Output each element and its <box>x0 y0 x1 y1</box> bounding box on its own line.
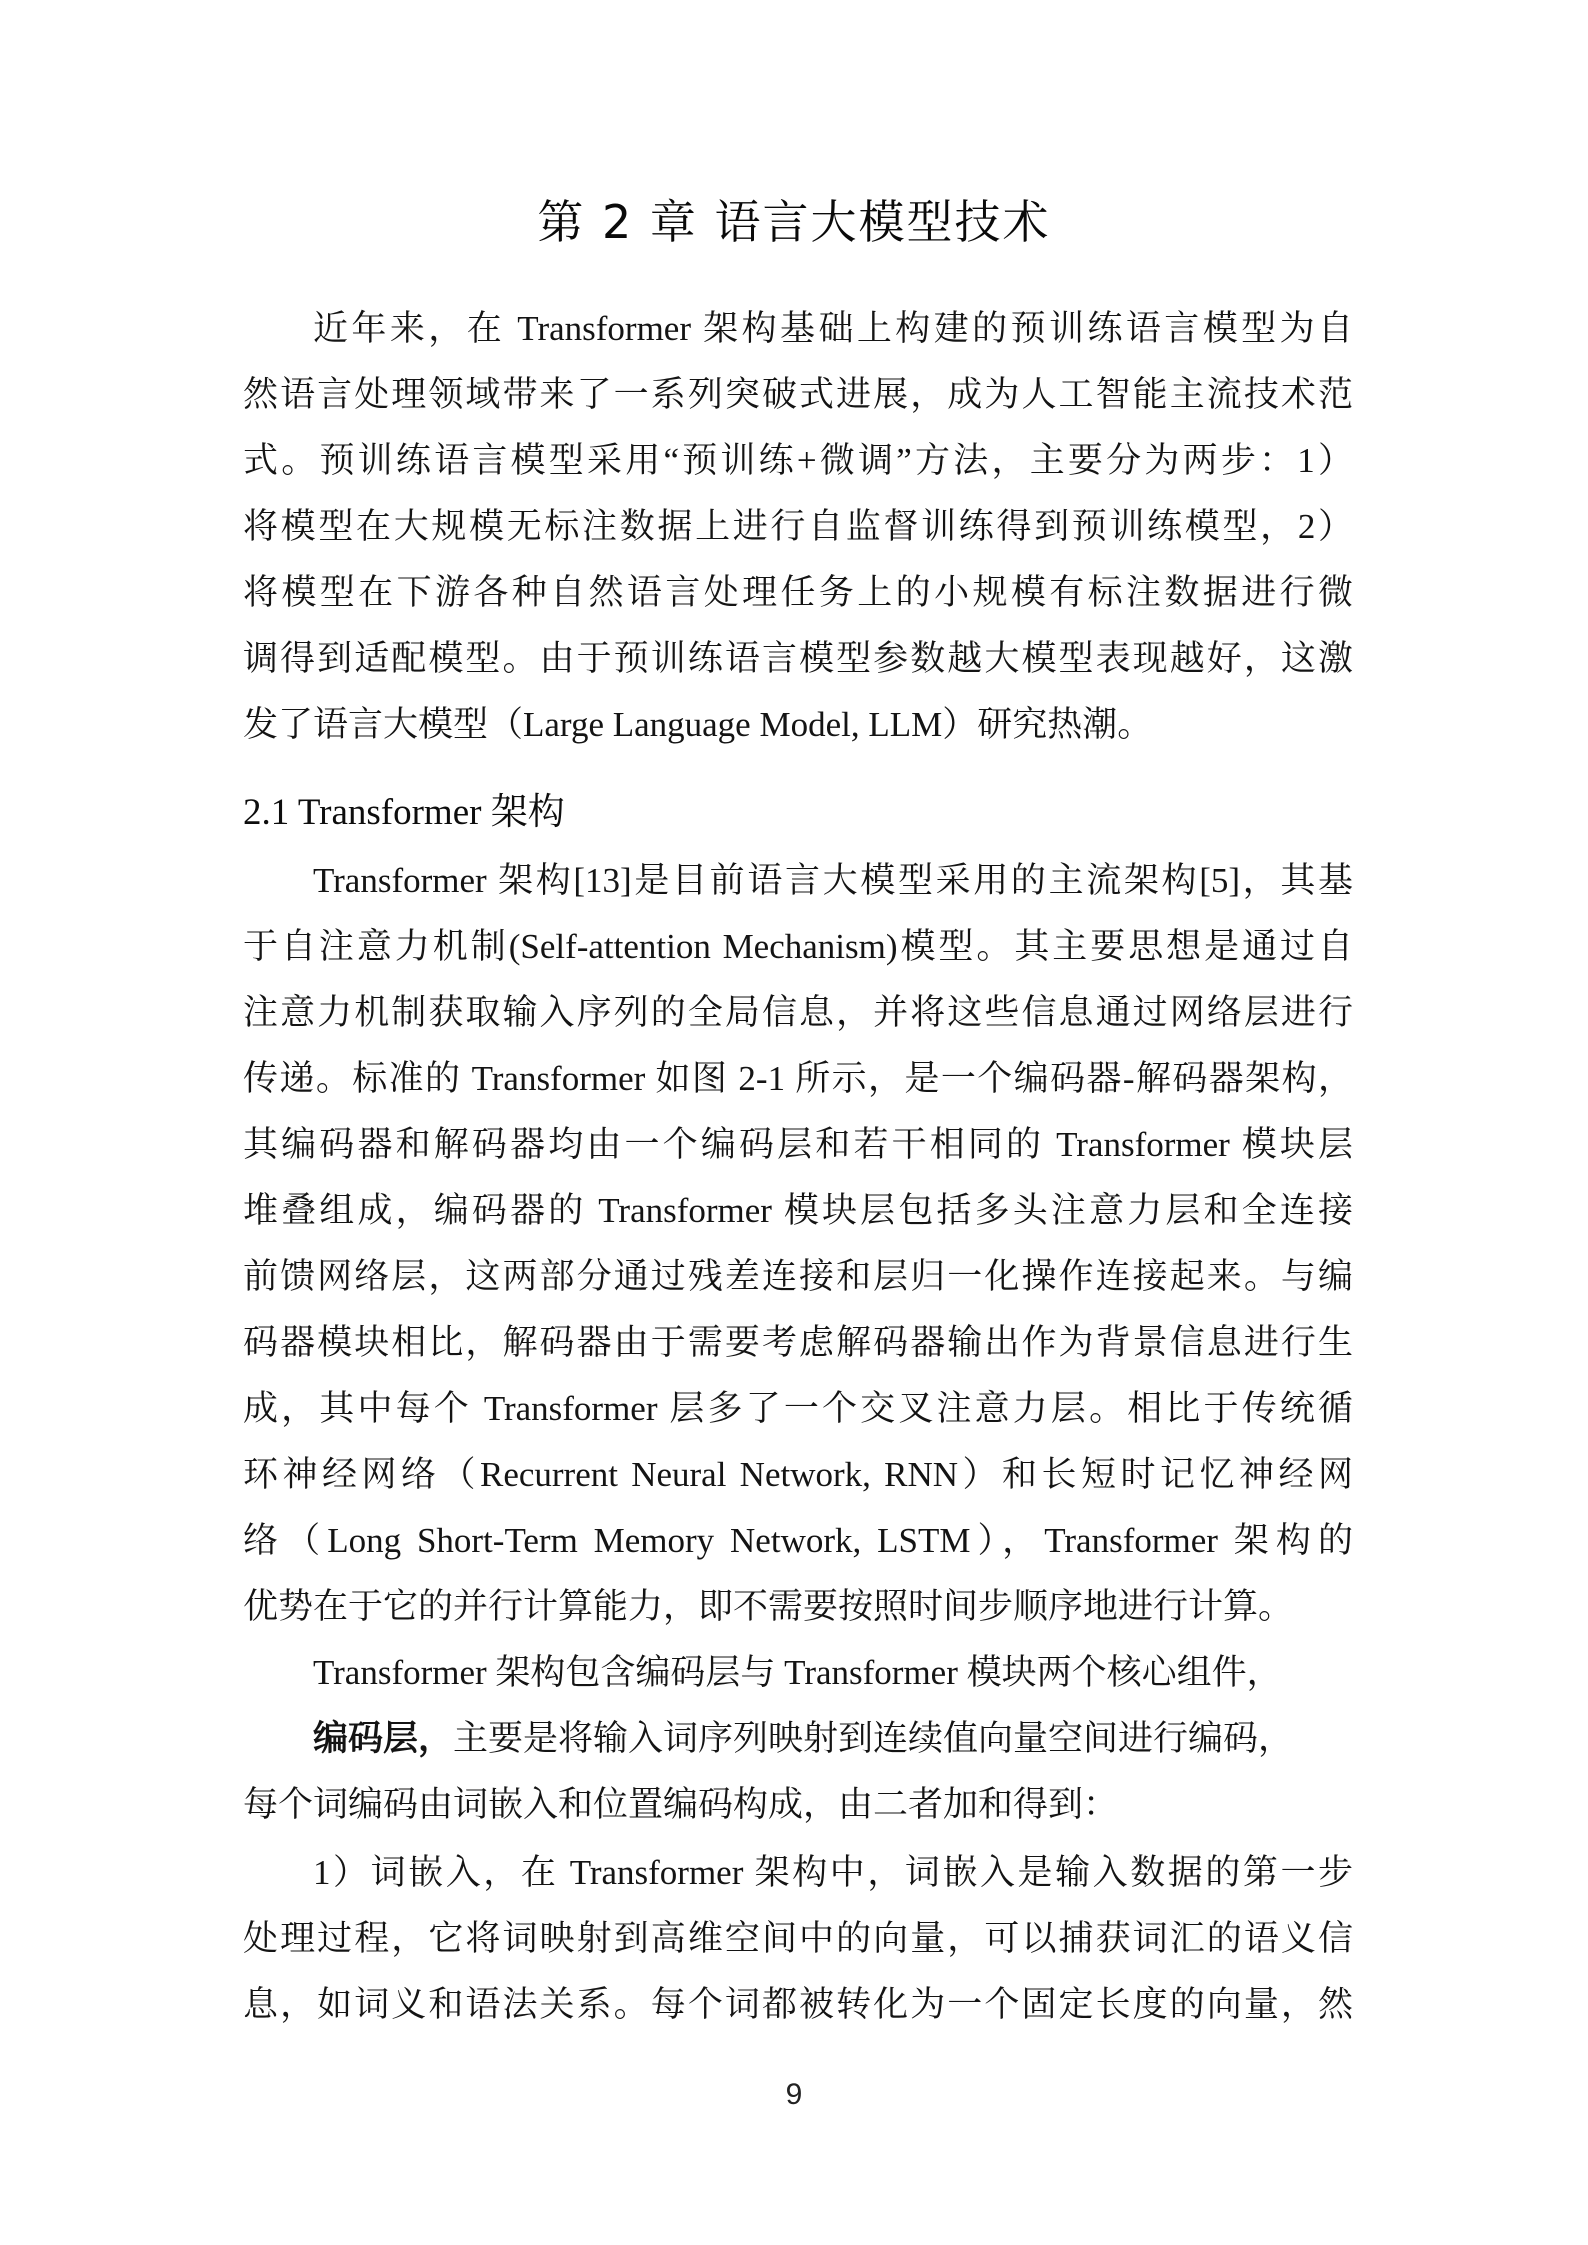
text-line: 将模型在大规模无标注数据上进行自监督训练得到预训练模型，2） <box>243 494 1353 560</box>
text-line: 式。预训练语言模型采用“预训练+微调”方法，主要分为两步：1） <box>243 428 1353 494</box>
text-line: 发了语言大模型（Large Language Model, LLM）研究热潮。 <box>243 692 1353 758</box>
text-line: 络（Long Short-Term Memory Network, LSTM），… <box>243 1508 1353 1574</box>
text-line: 堆叠组成，编码器的 Transformer 模块层包括多头注意力层和全连接 <box>243 1178 1353 1244</box>
text-line: 注意力机制获取输入序列的全局信息，并将这些信息通过网络层进行 <box>243 980 1353 1046</box>
text-line: 编码层，主要是将输入词序列映射到连续值向量空间进行编码， <box>313 1706 1353 1772</box>
text-line: 其编码器和解码器均由一个编码层和若干相同的 Transformer 模块层 <box>243 1112 1353 1178</box>
document-page: 第 2 章 语言大模型技术 近年来，在 Transformer 架构基础上构建的… <box>0 0 1588 2245</box>
text-line: 近年来，在 Transformer 架构基础上构建的预训练语言模型为自 <box>313 296 1353 362</box>
text-line: 成，其中每个 Transformer 层多了一个交叉注意力层。相比于传统循 <box>243 1376 1353 1442</box>
text-line: 将模型在下游各种自然语言处理任务上的小规模有标注数据进行微 <box>243 560 1353 626</box>
text-line: 1）词嵌入，在 Transformer 架构中，词嵌入是输入数据的第一步 <box>313 1840 1353 1906</box>
text-line: 调得到适配模型。由于预训练语言模型参数越大模型表现越好，这激 <box>243 626 1353 692</box>
section-heading: 2.1 Transformer 架构 <box>243 780 565 846</box>
text-line: 码器模块相比，解码器由于需要考虑解码器输出作为背景信息进行生 <box>243 1310 1353 1376</box>
bold-term: 编码层， <box>313 1719 453 1758</box>
page-number: 9 <box>0 2078 1588 2112</box>
text-line: 优势在于它的并行计算能力，即不需要按照时间步顺序地进行计算。 <box>243 1574 1353 1640</box>
text-span: 主要是将输入词序列映射到连续值向量空间进行编码， <box>453 1719 1293 1758</box>
text-line: Transformer 架构包含编码层与 Transformer 模块两个核心组… <box>313 1640 1353 1706</box>
text-line: 息，如词义和语法关系。每个词都被转化为一个固定长度的向量，然 <box>243 1972 1353 2038</box>
text-line: 每个词编码由词嵌入和位置编码构成，由二者加和得到： <box>243 1772 1353 1838</box>
text-line: 传递。标准的 Transformer 如图 2-1 所示，是一个编码器-解码器架… <box>243 1046 1353 1112</box>
text-line: 然语言处理领域带来了一系列突破式进展，成为人工智能主流技术范 <box>243 362 1353 428</box>
text-line: Transformer 架构[13]是目前语言大模型采用的主流架构[5]，其基 <box>313 848 1353 914</box>
text-line: 前馈网络层，这两部分通过残差连接和层归一化操作连接起来。与编 <box>243 1244 1353 1310</box>
text-line: 于自注意力机制(Self-attention Mechanism)模型。其主要思… <box>243 914 1353 980</box>
text-line: 处理过程，它将词映射到高维空间中的向量，可以捕获词汇的语义信 <box>243 1906 1353 1972</box>
chapter-title: 第 2 章 语言大模型技术 <box>0 192 1588 252</box>
text-line: 环神经网络（Recurrent Neural Network, RNN）和长短时… <box>243 1442 1353 1508</box>
